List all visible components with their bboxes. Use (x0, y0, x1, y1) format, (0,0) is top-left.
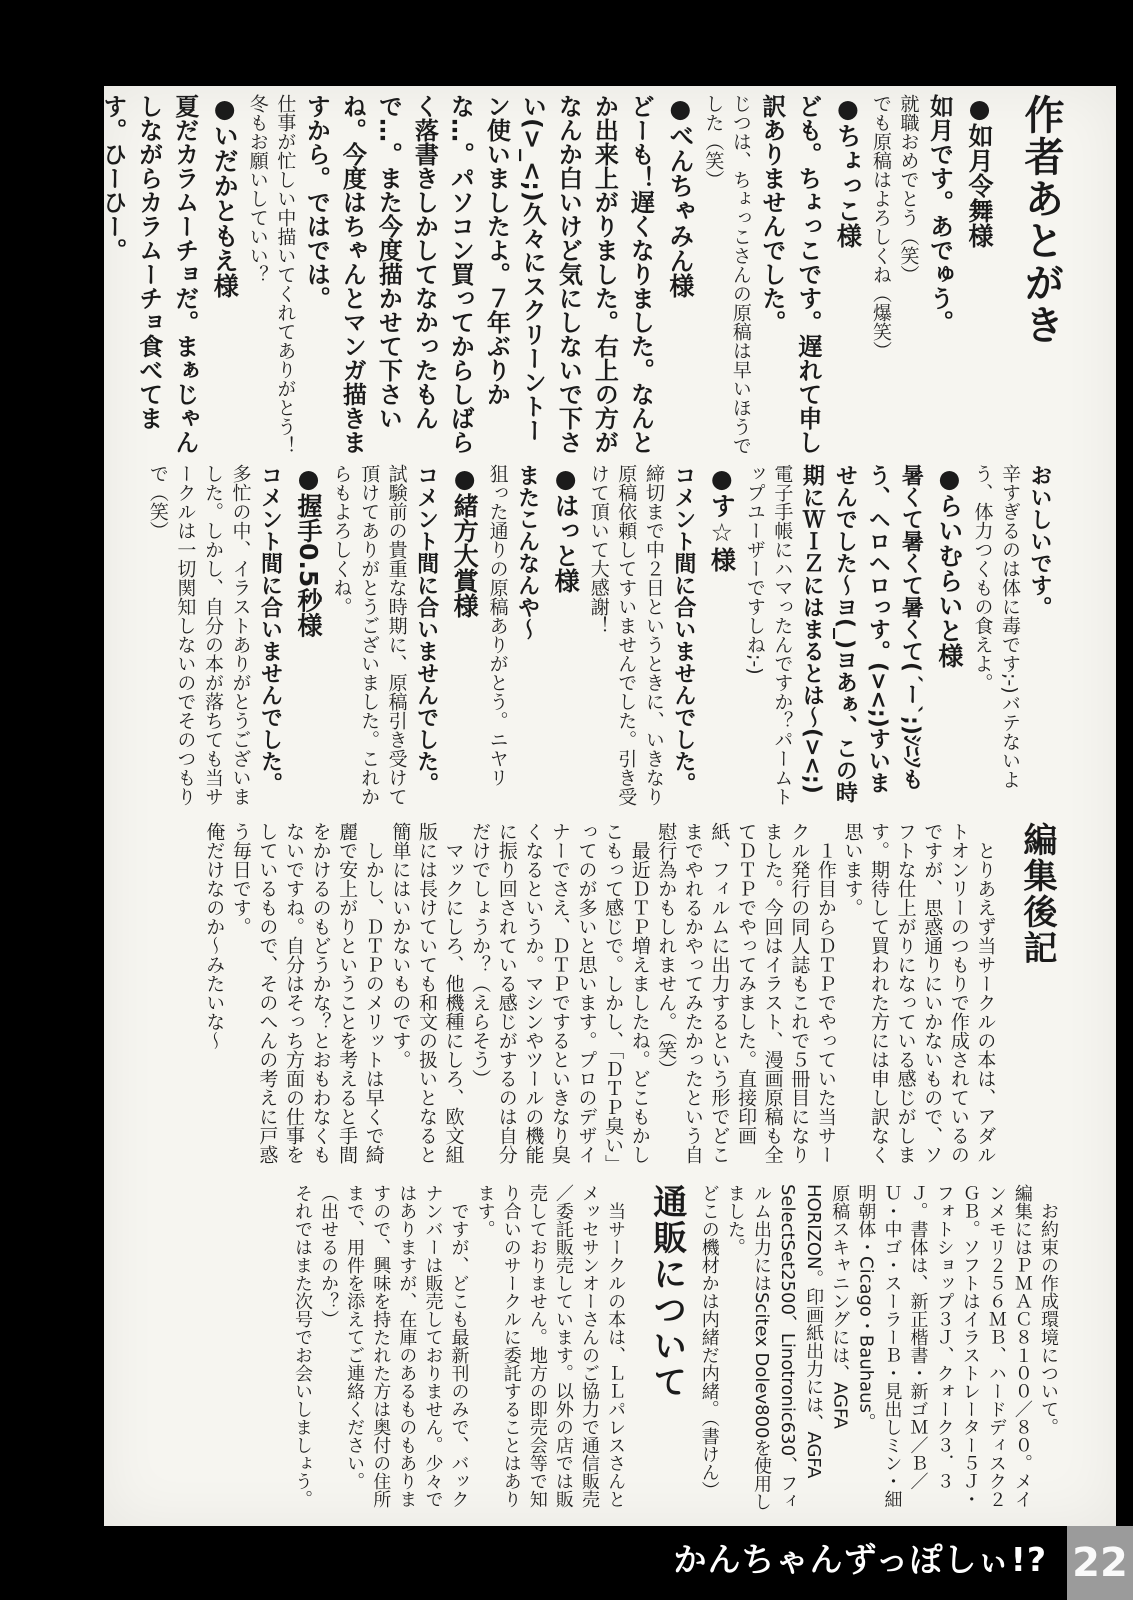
thanks-section: おいしいです。 辛すぎるのは体に毒です;-)バテないよう、体力つくもの食えよ。 … (143, 464, 1056, 812)
addressee-heading: ●緒方大賞様 (446, 464, 484, 812)
message-text: またこんなんや～ (511, 464, 544, 812)
addressee-heading: ●べんちゃみん様 (661, 94, 699, 456)
page-number: 22 (1067, 1526, 1133, 1600)
paragraph: 当サークルの本は、ＬＬパレスさんとメッセサンオーさんのご協力で通信販売／委託販売… (472, 1184, 629, 1524)
paragraph: どこの機材かは内緒だ内緒。（書けん） (696, 1184, 722, 1524)
message-text: コメント間に合いませんでした。 (410, 464, 443, 812)
reply-note: 試験前の貴重な時期に、原稿引き受けて頂けてありがとうございました。これからもよろ… (327, 464, 410, 812)
paragraph: マックにしろ、他機種にしろ、欧文組版には長けていても和文の扱いとなると簡単にはい… (387, 822, 467, 1170)
doujin-title: かんちゃんずっぽしぃ!? (673, 1534, 1047, 1581)
reply-note: じつは、ちょっこさんの原稿は早いほうでした（笑） (699, 94, 754, 456)
paragraph: １作目からＤＴＰでやっていた当サークル発行の同人誌もこれで５冊目になりました。今… (653, 822, 839, 1170)
addressee-heading: ●ちょっこ様 (829, 94, 867, 456)
paragraph: 原稿スキャニングには、AGFA HORIZON。印画紙出力には、AGFA Sel… (722, 1184, 852, 1524)
production-mailorder-section: お約束の作成環境について。 編集にはＰＭＡＣ８１００／８０。メインメモリ２５６Ｍ… (289, 1184, 1061, 1524)
addressee-heading: ●如月令舞様 (961, 94, 999, 456)
reply-note: 就職おめでとう（笑） (894, 94, 922, 456)
mailorder-title: 通販について (642, 1184, 690, 1524)
reply-note: 締切まで中２日というときに、いきなり原稿依頼してすいませんでした。引き受けて頂い… (584, 464, 667, 812)
paragraph: 編集にはＰＭＡＣ８１００／８０。メインメモリ２５６ＭＢ、ハードディスク２ＧＢ。ソ… (852, 1184, 1035, 1524)
paragraph: しかし、ＤＴＰのメリットは早くで綺麗で安上がりということを考えると手間をかけるの… (227, 822, 387, 1170)
message-text: 如月です。あでゅう。 (922, 94, 958, 456)
paragraph: （出せるのか？） (315, 1184, 341, 1524)
reply-note: 辛すぎるのは体に毒です;-)バテないよう、体力つくもの食えよ。 (968, 464, 1023, 812)
paragraph: 俺だけなのか～みたいな～ (201, 822, 228, 1170)
addressee-heading: ●らいむらいと様 (930, 464, 968, 812)
paragraph: とりあえず当サークルの本は、アダルトオンリーのつもりで作成されているのですが、思… (839, 822, 999, 1170)
message-text: どーも！遅くなりました。なんとか出来上がりました。右上の方がなんか白いけど気にし… (298, 94, 658, 456)
paragraph: それではまた次号でお会いしましょう。 (289, 1184, 315, 1524)
message-text: コメント間に合いませんでした。 (253, 464, 286, 812)
afterword-section: 作者あとがき ●如月令舞様 如月です。あでゅう。 就職おめでとう（笑） でも原稿… (95, 94, 1068, 456)
reply-note: 仕事が忙しい中描いてくれてありがとう！冬もお願いしていい？ (243, 94, 298, 456)
addressee-heading: ●いだかともえ様 (206, 94, 244, 456)
addressee-heading: ●はっと様 (547, 464, 585, 812)
editors-note-section: 編集後記 とりあえず当サークルの本は、アダルトオンリーのつもりで作成されているの… (201, 822, 1066, 1170)
afterword-title: 作者あとがき (1014, 94, 1068, 456)
reply-note: 多忙の中、イラストありがとうございました。しかし、自分の本が落ちても当サークルは… (143, 464, 253, 812)
paragraph: 最近ＤＴＰ増えましたね。どこもかしこもって感じで。しかし、「ＤＴＰ臭い」ってのが… (467, 822, 653, 1170)
reply-note: 電子手帳にハマったんですか？パームトップユーザーですしね;-) (740, 464, 795, 812)
message-text: 夏だカラムーチョだ。まぁじゃんしながらカラムーチョ食べてます。ひーひー。 (95, 94, 203, 456)
addressee-heading: ●す☆様 (703, 464, 741, 812)
message-text: おいしいです。 (1023, 464, 1056, 812)
editors-note-title: 編集後記 (1012, 822, 1060, 1170)
addressee-heading: ●握手0.5秒様 (289, 464, 327, 812)
message-text: 暑くて暑くて暑くて(´ー`;)ｼﾆｿもう、ヘロヘロっす。(><;)すいませんでし… (795, 464, 927, 812)
message-text: コメント間に合いませんでした。 (667, 464, 700, 812)
scanned-page: 作者あとがき ●如月令舞様 如月です。あでゅう。 就職おめでとう（笑） でも原稿… (104, 86, 1116, 1526)
reply-note: 狙った通りの原稿ありがとう。ニヤリ (483, 464, 511, 812)
message-text: ども。ちょっこです。遅れて申し訳ありませんでした。 (754, 94, 826, 456)
reply-note: でも原稿はよろしくね（爆笑） (866, 94, 894, 456)
paragraph: お約束の作成環境について。 (1035, 1184, 1061, 1524)
paragraph: ですが、どこも最新刊のみで、バックナンバーは販売しておりません。少々ではあります… (341, 1184, 471, 1524)
